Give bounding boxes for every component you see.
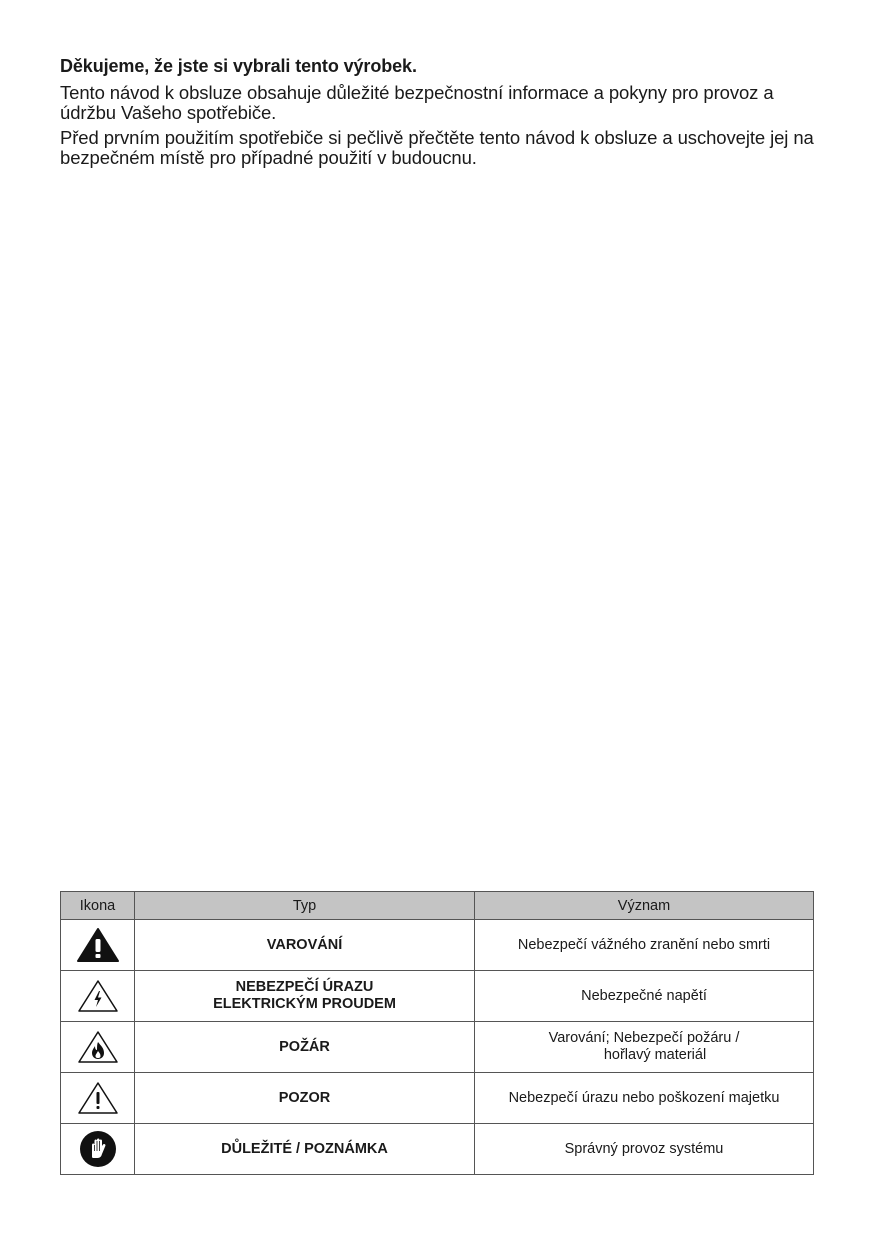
column-header-type: Typ [135,892,475,920]
intro-section: Děkujeme, že jste si vybrali tento výrob… [60,55,820,173]
meaning-cell: Správný provoz systému [475,1124,814,1175]
hand-stop-circle-icon [61,1124,135,1175]
warning-filled-triangle-icon [61,920,135,971]
meaning-cell: Nebezpečí vážného zranění nebo smrti [475,920,814,971]
fire-triangle-icon [61,1022,135,1073]
meaning-cell: Nebezpečné napětí [475,971,814,1022]
table-row: POZOR Nebezpečí úrazu nebo poškození maj… [61,1073,814,1124]
table-row: VAROVÁNÍ Nebezpečí vážného zranění nebo … [61,920,814,971]
column-header-icon: Ikona [61,892,135,920]
table-row: POŽÁR Varování; Nebezpečí požáru / hořla… [61,1022,814,1073]
meaning-cell: Nebezpečí úrazu nebo poškození majetku [475,1073,814,1124]
intro-paragraph-1: Tento návod k obsluze obsahuje důležité … [60,83,820,123]
type-cell: POZOR [135,1073,475,1124]
safety-symbols-table: Ikona Typ Význam VAROVÁNÍ Nebezpečí vážn… [60,891,814,1175]
type-cell: POŽÁR [135,1022,475,1073]
electric-shock-triangle-icon [61,971,135,1022]
meaning-cell: Varování; Nebezpečí požáru / hořlavý mat… [475,1022,814,1073]
table-row: NEBEZPEČÍ ÚRAZU ELEKTRICKÝM PROUDEM Nebe… [61,971,814,1022]
caution-outline-triangle-icon [61,1073,135,1124]
column-header-meaning: Význam [475,892,814,920]
table-row: DŮLEŽITÉ / POZNÁMKA Správný provoz systé… [61,1124,814,1175]
type-cell: DŮLEŽITÉ / POZNÁMKA [135,1124,475,1175]
thank-you-heading: Děkujeme, že jste si vybrali tento výrob… [60,55,820,77]
table-header-row: Ikona Typ Význam [61,892,814,920]
type-cell: VAROVÁNÍ [135,920,475,971]
intro-paragraph-2: Před prvním použitím spotřebiče si pečli… [60,128,820,168]
type-cell: NEBEZPEČÍ ÚRAZU ELEKTRICKÝM PROUDEM [135,971,475,1022]
